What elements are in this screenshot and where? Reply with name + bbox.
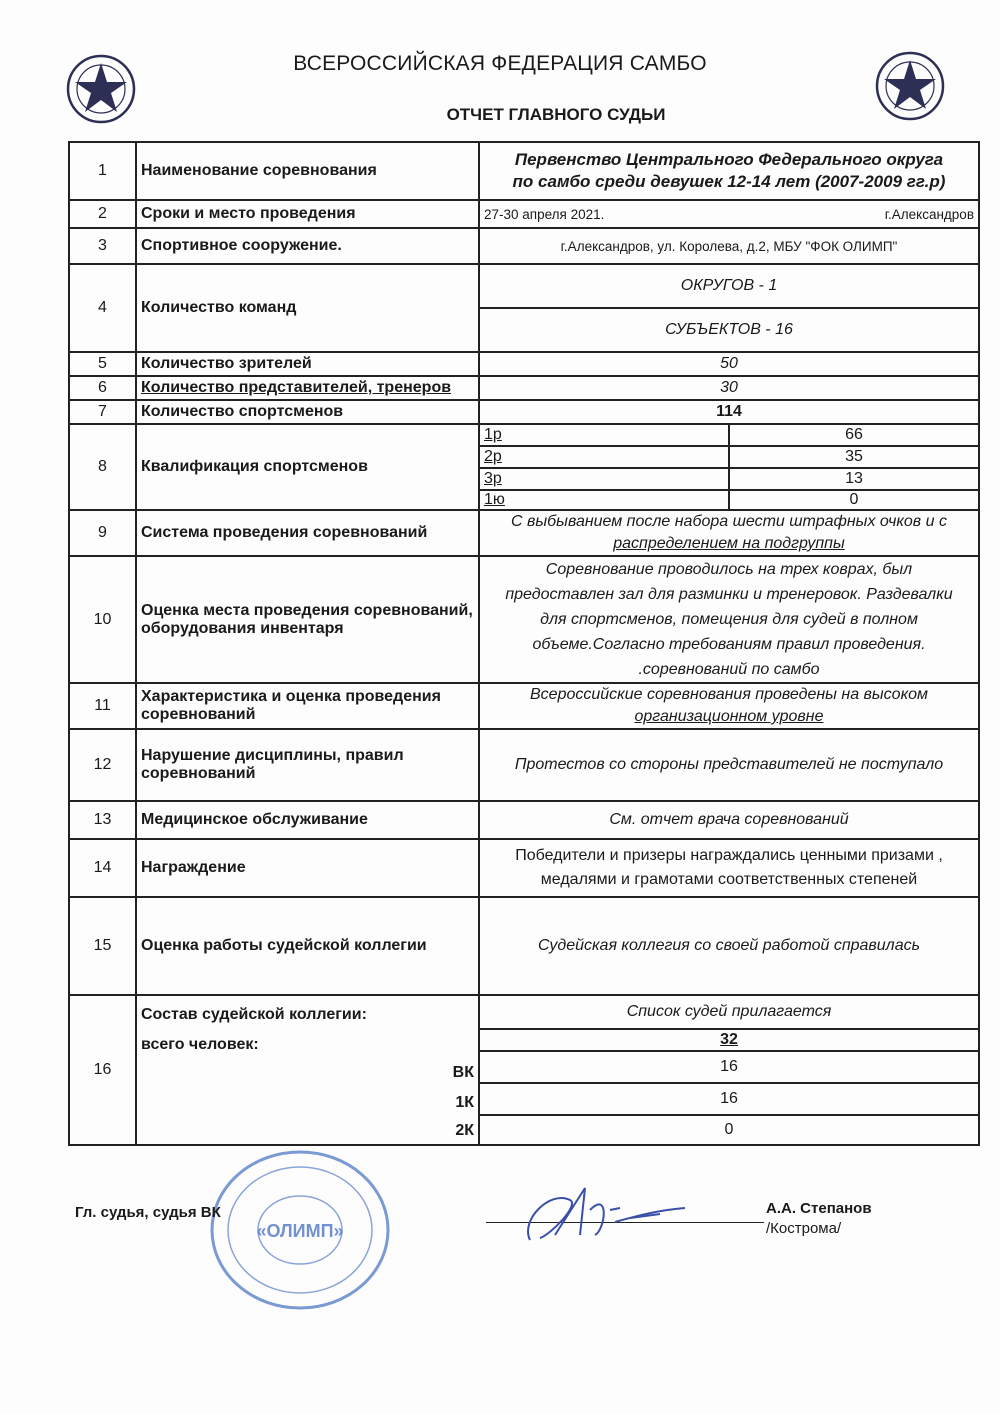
dates-and-place: 27-30 апреля 2021.г.Александров (479, 200, 979, 228)
report-title: ОТЧЕТ ГЛАВНОГО СУДЬИ (0, 105, 1000, 125)
table-row: 4 Количество команд ОКРУГОВ - 1 (69, 264, 979, 308)
qualification-count: 35 (729, 446, 979, 468)
table-row: 1 Наименование соревнования Первенство Ц… (69, 142, 979, 200)
row-number: 5 (69, 352, 136, 376)
table-row: 15 Оценка работы судейской коллегии Суде… (69, 897, 979, 995)
row-label: Система проведения соревнований (136, 510, 479, 556)
row-number: 9 (69, 510, 136, 556)
chief-judge-name: А.А. Степанов (766, 1200, 872, 1217)
table-row: 9 Система проведения соревнований С выбы… (69, 510, 979, 556)
table-row: 6 Количество представителей, тренеров 30 (69, 376, 979, 400)
qualification-count: 13 (729, 468, 979, 490)
qualification-rank: 2р (479, 446, 729, 468)
row-label: Квалификация спортсменов (136, 424, 479, 510)
competition-name: Первенство Центрального Федерального окр… (479, 142, 979, 200)
table-row: 7 Количество спортсменов 114 (69, 400, 979, 424)
row-number: 6 (69, 376, 136, 400)
signature-icon (510, 1180, 710, 1250)
table-row: 14 Награждение Победители и призеры нагр… (69, 839, 979, 897)
table-row: 3 Спортивное сооружение. г.Александров, … (69, 228, 979, 264)
qualification-count: 66 (729, 424, 979, 446)
row-number: 12 (69, 729, 136, 801)
judges-total: 32 (479, 1029, 979, 1051)
table-row: 13 Медицинское обслуживание См. отчет вр… (69, 801, 979, 839)
qualification-count: 0 (729, 490, 979, 510)
row-label: Сроки и место проведения (136, 200, 479, 228)
row-number: 11 (69, 683, 136, 729)
table-row: 8 Квалификация спортсменов 1р 66 (69, 424, 979, 446)
row-number: 14 (69, 839, 136, 897)
row-label: Награждение (136, 839, 479, 897)
row-label: Количество спортсменов (136, 400, 479, 424)
row-number: 8 (69, 424, 136, 510)
row-label: Медицинское обслуживание (136, 801, 479, 839)
table-row: 2 Сроки и место проведения 27-30 апреля … (69, 200, 979, 228)
table-row: 12 Нарушение дисциплины, правил соревнов… (69, 729, 979, 801)
qualification-rank: 3р (479, 468, 729, 490)
spectators-count: 50 (479, 352, 979, 376)
venue: г.Александров, ул. Королева, д.2, МБУ "Ф… (479, 228, 979, 264)
judges-composition-label: Состав судейской коллегии: всего человек… (136, 995, 479, 1145)
row-number: 16 (69, 995, 136, 1145)
chief-judge-city: /Кострома/ (766, 1220, 841, 1237)
row-label: Оценка работы судейской коллегии (136, 897, 479, 995)
row-number: 4 (69, 264, 136, 352)
row-label: Количество команд (136, 264, 479, 352)
chief-judge-role: Гл. судья, судья ВК (75, 1204, 221, 1221)
document-page: ВСЕРОССИЙСКАЯ ФЕДЕРАЦИЯ САМБО ОТЧЕТ ГЛАВ… (0, 0, 1000, 1414)
competition-system: С выбыванием после набора шести штрафных… (479, 510, 979, 556)
judges-vk-count: 16 (479, 1051, 979, 1083)
qualification-rank: 1р (479, 424, 729, 446)
row-number: 13 (69, 801, 136, 839)
table-row: 10 Оценка места проведения соревнований,… (69, 556, 979, 683)
row-number: 1 (69, 142, 136, 200)
qualification-rank: 1ю (479, 490, 729, 510)
venue-assessment: Соревнование проводилось на трех коврах,… (479, 556, 979, 683)
row-label: Количество зрителей (136, 352, 479, 376)
row-label: Количество представителей, тренеров (136, 376, 479, 400)
svg-text:«ОЛИМП»: «ОЛИМП» (256, 1221, 343, 1241)
medical-service: См. отчет врача соревнований (479, 801, 979, 839)
organization-title: ВСЕРОССИЙСКАЯ ФЕДЕРАЦИЯ САМБО (0, 52, 1000, 76)
subjects-count: СУБЪЕКТОВ - 16 (479, 308, 979, 352)
athletes-count: 114 (479, 400, 979, 424)
representatives-count: 30 (479, 376, 979, 400)
judges-1k-count: 16 (479, 1083, 979, 1115)
row-number: 2 (69, 200, 136, 228)
report-table: 1 Наименование соревнования Первенство Ц… (68, 141, 980, 1146)
row-label: Оценка места проведения соревнований, об… (136, 556, 479, 683)
discipline-violations: Протестов со стороны представителей не п… (479, 729, 979, 801)
organization-assessment: Всероссийские соревнования проведены на … (479, 683, 979, 729)
row-label: Нарушение дисциплины, правил соревновани… (136, 729, 479, 801)
row-label: Наименование соревнования (136, 142, 479, 200)
row-number: 10 (69, 556, 136, 683)
row-label: Спортивное сооружение. (136, 228, 479, 264)
judges-list-note: Список судей прилагается (479, 995, 979, 1029)
judges-assessment: Судейская коллегия со своей работой спра… (479, 897, 979, 995)
awards: Победители и призеры награждались ценным… (479, 839, 979, 897)
table-row: 11 Характеристика и оценка проведения со… (69, 683, 979, 729)
judges-2k-count: 0 (479, 1115, 979, 1145)
row-number: 15 (69, 897, 136, 995)
table-row: 16 Состав судейской коллегии: всего чело… (69, 995, 979, 1029)
row-label: Характеристика и оценка проведения сорев… (136, 683, 479, 729)
row-number: 3 (69, 228, 136, 264)
table-row: 5 Количество зрителей 50 (69, 352, 979, 376)
official-stamp-icon: «ОЛИМП» (205, 1148, 395, 1313)
districts-count: ОКРУГОВ - 1 (479, 264, 979, 308)
row-number: 7 (69, 400, 136, 424)
